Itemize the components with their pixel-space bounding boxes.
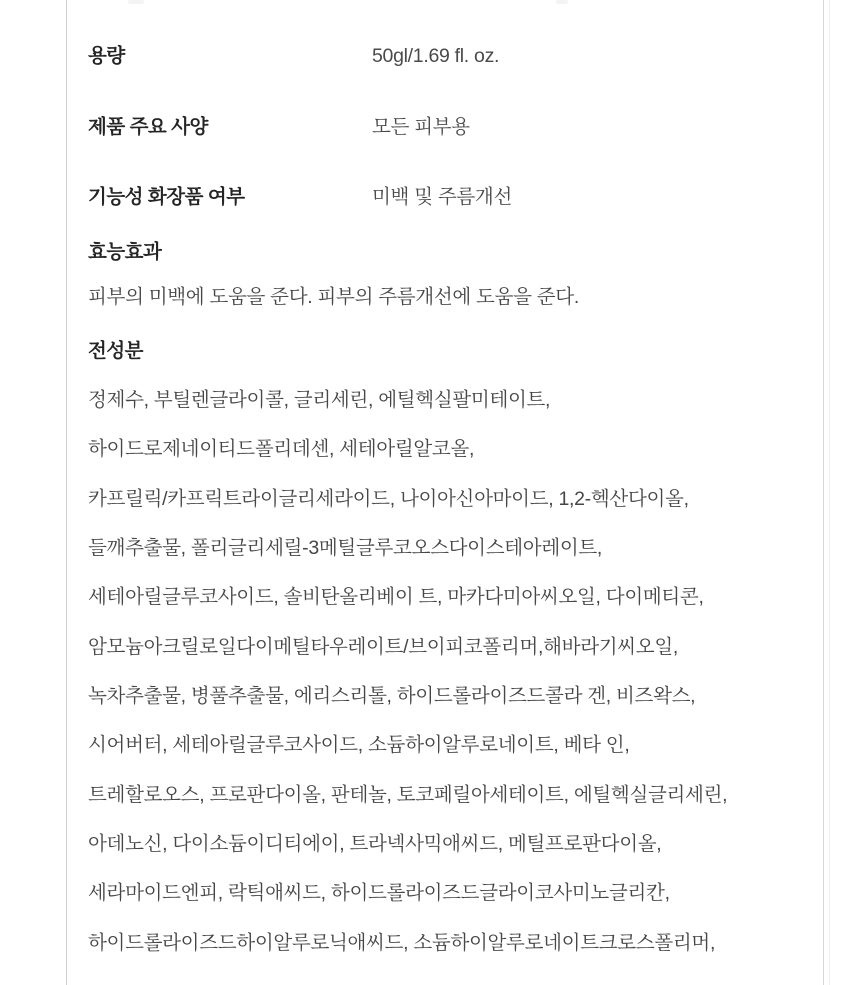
ingredients-line: 아데노신, 다이소듐이디티에이, 트라넥사믹애씨드, 메틸프로판다이올, [88, 832, 661, 856]
spec-row-functional-cosmetic: 기능성 화장품 여부 미백 및 주름개선 [88, 185, 245, 209]
spec-label-main-spec: 제품 주요 사양 [88, 116, 208, 138]
spec-row-main-spec: 제품 주요 사양 모든 피부용 [88, 115, 208, 139]
content-left-border [66, 0, 67, 985]
ingredients-heading: 전성분 [88, 339, 143, 363]
product-info-page: { "page": { "background": "#ffffff", "bo… [0, 0, 860, 985]
ingredients-line: 시어버터, 세테아릴글루코사이드, 소듐하이알루로네이트, 베타 인, [88, 733, 629, 757]
ingredients-line: 세테아릴글루코사이드, 솔비탄올리베이 트, 마카다미아씨오일, 다이메티콘, [88, 585, 704, 609]
efficacy-body-text: 피부의 미백에 도움을 준다. 피부의 주름개선에 도움을 준다. [88, 285, 579, 309]
spec-label-functional-cosmetic: 기능성 화장품 여부 [88, 186, 245, 208]
ingredients-line: 하이드롤라이즈드하이알루로닉애씨드, 소듐하이알루로네이트크로스폴리머, [88, 931, 715, 955]
spec-value-functional-cosmetic: 미백 및 주름개선 [372, 185, 512, 209]
spec-value-capacity: 50gl/1.69 fl. oz. [372, 44, 499, 68]
content-right-border-shadow [829, 0, 830, 985]
content-right-border [823, 0, 824, 985]
cropped-text-remnant [556, 0, 568, 4]
efficacy-heading: 효능효과 [88, 240, 161, 264]
ingredients-line: 암모늄아크릴로일다이메틸타우레이트/브이피코폴리머,해바라기씨오일, [88, 635, 678, 659]
ingredients-line: 트레할로오스, 프로판다이올, 판테놀, 토코페릴아세테이트, 에틸헥실글리세린… [88, 783, 727, 807]
ingredients-line: 녹차추출물, 병풀추출물, 에리스리톨, 하이드롤라이즈드콜라 겐, 비즈왁스, [88, 684, 695, 708]
spec-row-capacity: 용량 50gl/1.69 fl. oz. [88, 44, 125, 68]
spec-value-main-spec: 모든 피부용 [372, 115, 470, 139]
ingredients-line: 세라마이드엔피, 락틱애씨드, 하이드롤라이즈드글라이코사미노글리칸, [88, 881, 670, 905]
ingredients-line: 정제수, 부틸렌글라이콜, 글리세린, 에틸헥실팔미테이트, [88, 388, 550, 412]
spec-label-capacity: 용량 [88, 45, 125, 67]
ingredients-line: 들깨추출물, 폴리글리세릴-3메틸글루코오스다이스테아레이트, [88, 536, 602, 560]
ingredients-line: 카프릴릭/카프릭트라이글리세라이드, 나이아신아마이드, 1,2-헥산다이올, [88, 487, 689, 511]
cropped-text-remnant [128, 0, 144, 4]
ingredients-line: 하이드로제네이티드폴리데센, 세테아릴알코올, [88, 437, 474, 461]
